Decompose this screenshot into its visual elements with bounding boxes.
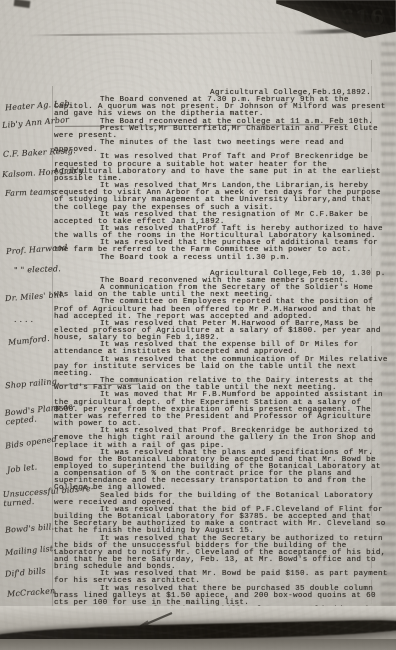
fold-line-left	[52, 86, 53, 608]
scan-artifact-top-left-tick	[14, 0, 31, 8]
minutes-section-morning: The Board convened at 7.30 p.m. February…	[54, 97, 388, 262]
margin-note: Job let.	[7, 462, 38, 474]
minute-paragraph: It was resolved that Mr. Bowd be paid $1…	[54, 571, 388, 585]
minute-paragraph: It was resolved that the resignation of …	[54, 212, 388, 226]
minute-paragraph: It was resolved that the communication o…	[54, 357, 388, 378]
minute-paragraph: The committee on Employees reported that…	[54, 299, 388, 320]
minutes-section-afternoon: The Board reconvened with the same membe…	[54, 278, 388, 650]
minute-paragraph: It was moved that Mr F.B.Mumford be appo…	[54, 392, 388, 428]
minute-paragraph: Sealed bids for the building of the Bota…	[54, 493, 388, 507]
typed-body: Agricultural College,Feb.10,1892. The Bo…	[54, 90, 388, 650]
margin-note: McCracken	[7, 586, 56, 598]
minute-paragraph: Prest Wells,Mr Butterfield,Mr Chamberlai…	[54, 126, 388, 140]
margin-note: Bids opened	[5, 434, 58, 450]
margin-note: Dif'd bills	[5, 566, 47, 579]
minute-paragraph: It was resolved that Prof. Breckenridge …	[54, 428, 388, 449]
margin-note: Bowd's bill.	[5, 522, 55, 534]
minute-paragraph: It was resolved that the purchase of add…	[54, 240, 388, 254]
minute-paragraph: It was resolved that the expense bill of…	[54, 342, 388, 356]
minute-paragraph: It was resolved that the plans and speci…	[54, 450, 388, 493]
margin-note: . . . .	[14, 315, 33, 324]
margin-note: Mailing list.	[5, 544, 57, 557]
minute-paragraph: The Board convened at 7.30 p.m. February…	[54, 97, 388, 118]
page-number: 616	[340, 5, 385, 29]
scanned-minutes-page: 616 Agricultural College,Feb.10,1892. Th…	[0, 0, 396, 650]
paper-crease-top	[28, 32, 300, 37]
minute-paragraph: It was resolved that there be purchased …	[54, 586, 388, 607]
scan-artifact-bottom-strip	[0, 639, 396, 650]
minute-paragraph: It was resolved that the bid of P.F.Clev…	[54, 507, 388, 536]
minute-paragraph: It was resolved that Prof Taft and Prof …	[54, 154, 388, 183]
minute-paragraph: It was resolved that Peter M.Harwood of …	[54, 321, 388, 342]
minute-paragraph: It was resolved that the Secretary be au…	[54, 536, 388, 572]
minute-paragraph: The Board took a recess until 1.30 p.m.	[54, 255, 388, 262]
margin-note: Farm teams.	[5, 187, 58, 198]
minute-paragraph: It was resolved that Mrs Landon,the Libr…	[54, 183, 388, 212]
margin-note: Mumford.	[8, 334, 51, 347]
